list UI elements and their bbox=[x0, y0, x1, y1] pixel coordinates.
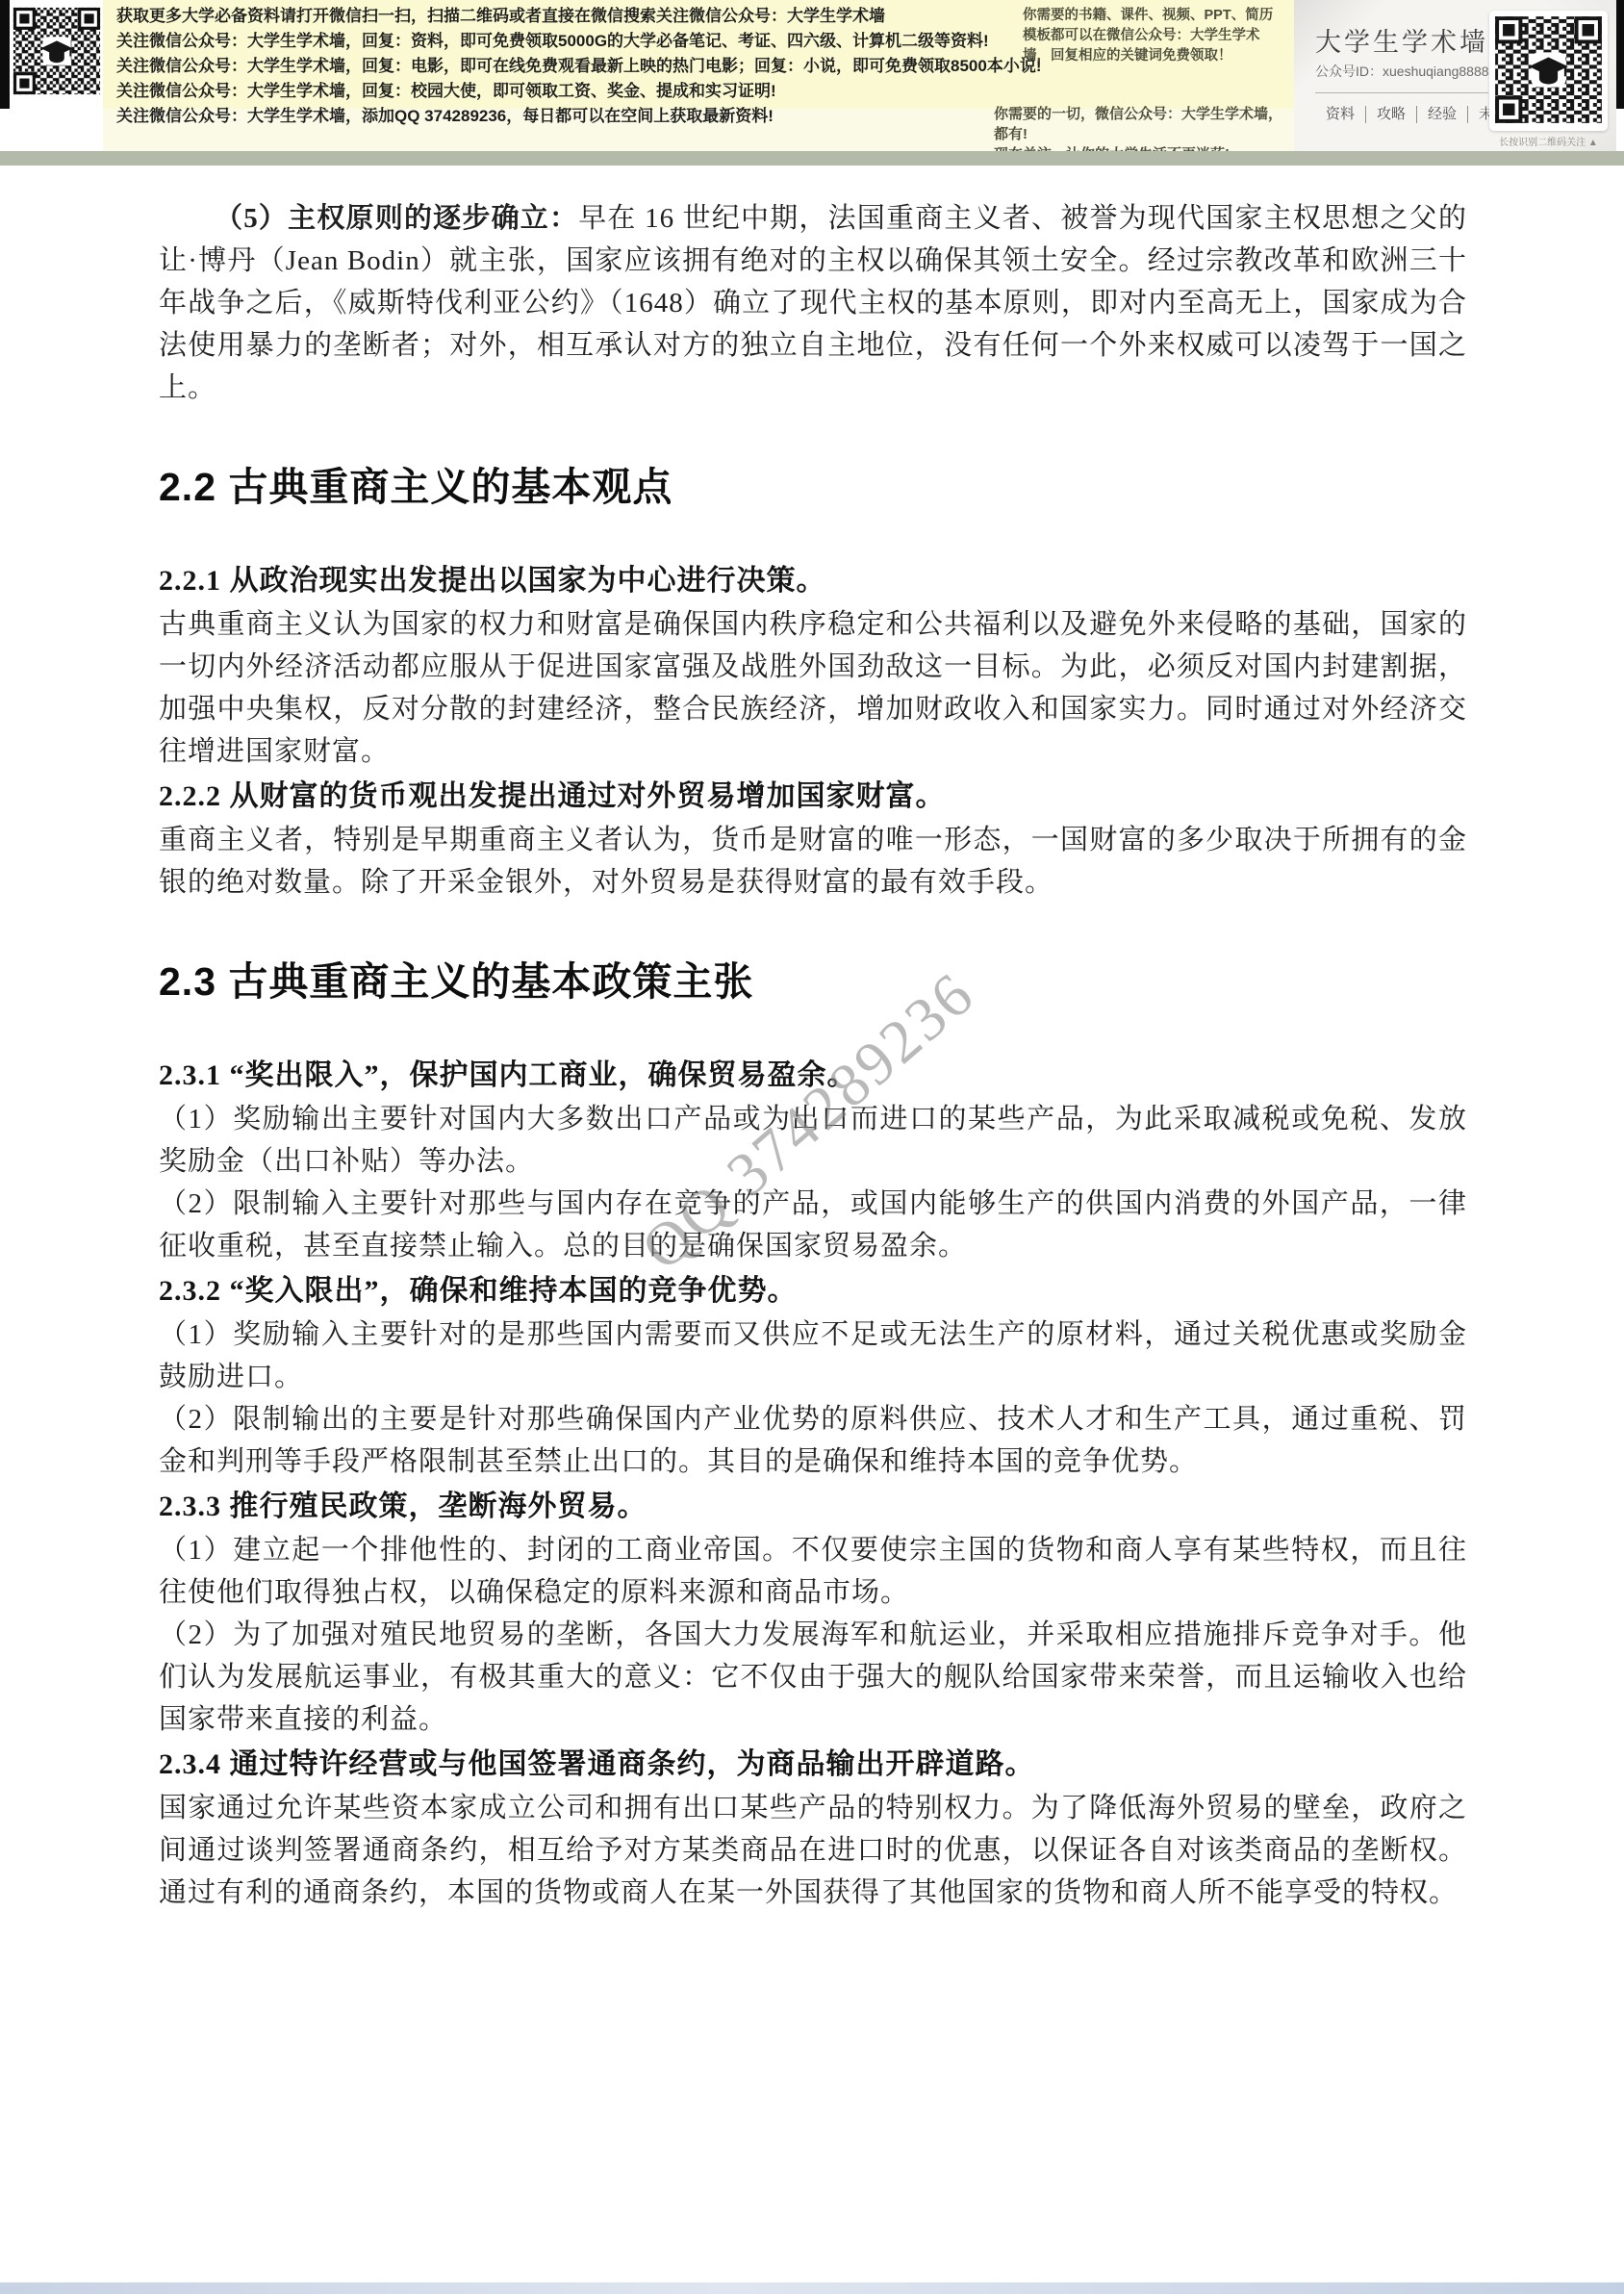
document-block: 古典重商主义认为国家的权力和财富是确保国内秩序稳定和公共福利以及避免外来侵略的基… bbox=[159, 603, 1467, 773]
banner-left-edge bbox=[0, 0, 10, 109]
page-bottom-strip bbox=[0, 2282, 1624, 2294]
qr-caption: 长按识别二维码关注 ▲ bbox=[1489, 134, 1608, 148]
banner-yellow-area: 获取更多大学必备资料请打开微信扫一扫，扫描二维码或者直接在微信搜索关注微信公众号… bbox=[103, 0, 1294, 151]
document-block: 2.3.3 推行殖民政策，垄断海外贸易。 bbox=[159, 1485, 1467, 1529]
document-block: 2.3 古典重商主义的基本政策主张 bbox=[159, 957, 1467, 1006]
banner-line: 关注微信公众号：大学生学术墙，添加QQ 374289236，每日都可以在空间上获… bbox=[116, 104, 1088, 129]
official-account-card: 大学生学术墙 公众号ID：xueshuqiang8888 资料攻略经验未来 bbox=[1294, 0, 1616, 151]
document-block: 2.2.1 从政治现实出发提出以国家为中心进行决策。 bbox=[159, 559, 1467, 603]
account-tag: 资料 bbox=[1315, 106, 1365, 123]
followup-qr-tile bbox=[1489, 11, 1608, 131]
document-block: （1）奖励输出主要针对国内大多数出口产品或为出口而进口的某些产品，为此采取减税或… bbox=[159, 1098, 1467, 1183]
document-block: （2）限制输入主要针对那些与国内存在竞争的产品，或国内能够生产的供国内消费的外国… bbox=[159, 1183, 1467, 1267]
banner-line: 关注微信公众号：大学生学术墙，回复：资料，即可免费领取5000G的大学必备笔记、… bbox=[116, 29, 1088, 54]
wechat-qr-code-icon bbox=[13, 7, 101, 95]
account-title: 大学生学术墙 bbox=[1315, 21, 1488, 59]
document-block: 2.2 古典重商主义的基本观点 bbox=[159, 463, 1467, 511]
followup-qr-code-icon bbox=[1494, 15, 1603, 124]
document-block: 2.3.1 “奖出限入”，保护国内工商业，确保贸易盈余。 bbox=[159, 1054, 1467, 1098]
document-block: （2）为了加强对殖民地贸易的垄断，各国大力发展海军和航运业，并采取相应措施排斥竞… bbox=[159, 1614, 1467, 1741]
banner-line: 关注微信公众号：大学生学术墙，回复：电影，即可在线免费观看最新上映的热门电影；回… bbox=[116, 54, 1088, 79]
document-block: 国家通过允许某些资本家成立公司和拥有出口某些产品的特别权力。为了降低海外贸易的壁… bbox=[159, 1787, 1467, 1914]
banner-right-edge bbox=[1616, 0, 1624, 109]
document-body: （5）主权原则的逐步确立：早在 16 世纪中期，法国重商主义者、被誉为现代国家主… bbox=[159, 197, 1467, 1914]
document-block: 2.3.2 “奖入限出”，确保和维持本国的竞争优势。 bbox=[159, 1269, 1467, 1313]
card-divider bbox=[1315, 92, 1488, 93]
banner-line: 关注微信公众号：大学生学术墙，回复：校园大使，即可领取工资、奖金、提成和实习证明… bbox=[116, 79, 1088, 104]
document-block: （1）建立起一个排他性的、封闭的工商业帝国。不仅要使宗主国的货物和商人享有某些特… bbox=[159, 1529, 1467, 1614]
document-block: 重商主义者，特别是早期重商主义者认为，货币是财富的唯一形态，一国财富的多少取决于… bbox=[159, 819, 1467, 904]
promo-banner: 获取更多大学必备资料请打开微信扫一扫，扫描二维码或者直接在微信搜索关注微信公众号… bbox=[0, 0, 1624, 151]
document-block: 2.3.4 通过特许经营或与他国签署通商条约，为商品输出开辟道路。 bbox=[159, 1743, 1467, 1787]
document-block: （1）奖励输入主要针对的是那些国内需要而又供应不足或无法生产的原材料，通过关税优… bbox=[159, 1313, 1467, 1398]
banner-note-bottom-line1: 你需要的一切，微信公众号：大学生学术墙，都有! bbox=[994, 104, 1282, 144]
document-block: （5）主权原则的逐步确立：早在 16 世纪中期，法国重商主义者、被誉为现代国家主… bbox=[159, 197, 1467, 409]
banner-text-lines: 获取更多大学必备资料请打开微信扫一扫，扫描二维码或者直接在微信搜索关注微信公众号… bbox=[116, 4, 1088, 129]
account-tag: 攻略 bbox=[1365, 106, 1416, 123]
account-id: 公众号ID：xueshuqiang8888 bbox=[1315, 62, 1489, 81]
scan-divider-band bbox=[0, 151, 1624, 166]
account-tag: 经验 bbox=[1416, 106, 1467, 123]
banner-note-top: 你需要的书籍、课件、视频、PPT、简历模板都可以在微信公众号：大学生学术墙，回复… bbox=[1023, 6, 1284, 66]
banner-line: 获取更多大学必备资料请打开微信扫一扫，扫描二维码或者直接在微信搜索关注微信公众号… bbox=[116, 4, 1088, 29]
document-block: （2）限制输出的主要是针对那些确保国内产业优势的原料供应、技术人才和生产工具，通… bbox=[159, 1398, 1467, 1483]
wechat-qr-tile bbox=[10, 0, 103, 109]
account-tags: 资料攻略经验未来 bbox=[1315, 106, 1518, 123]
document-block: 2.2.2 从财富的货币观出发提出通过对外贸易增加国家财富。 bbox=[159, 775, 1467, 819]
